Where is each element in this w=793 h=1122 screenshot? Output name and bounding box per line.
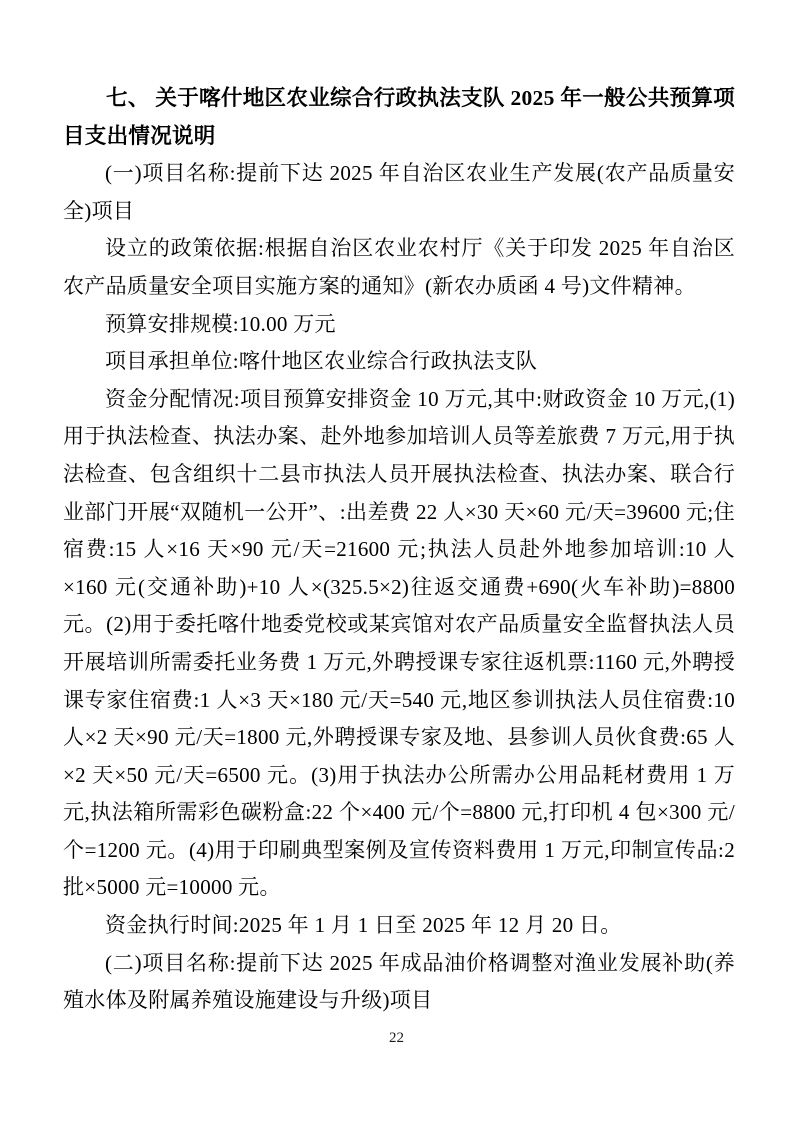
paragraph-policy-basis: 设立的政策依据:根据自治区农业农村厅《关于印发 2025 年自治区农产品质量安全… xyxy=(63,230,735,305)
page-number: 22 xyxy=(0,1028,793,1048)
paragraph-fund-execution-time: 资金执行时间:2025 年 1 月 1 日至 2025 年 12 月 20 日。 xyxy=(63,907,735,945)
paragraph-fund-allocation: 资金分配情况:项目预算安排资金 10 万元,其中:财政资金 10 万元,(1)用… xyxy=(63,381,735,907)
section-heading: 七、 关于喀什地区农业综合行政执法支队 2025 年一般公共预算项目支出情况说明 xyxy=(63,80,735,155)
paragraph-project-2-name: (二)项目名称:提前下达 2025 年成品油价格调整对渔业发展补助(养殖水体及附… xyxy=(63,945,735,1020)
paragraph-undertaking-unit: 项目承担单位:喀什地区农业综合行政执法支队 xyxy=(63,343,735,381)
document-page: 七、 关于喀什地区农业综合行政执法支队 2025 年一般公共预算项目支出情况说明… xyxy=(0,0,793,1122)
paragraph-budget-scale: 预算安排规模:10.00 万元 xyxy=(63,306,735,344)
document-body: 七、 关于喀什地区农业综合行政执法支队 2025 年一般公共预算项目支出情况说明… xyxy=(63,80,735,1020)
paragraph-project-1-name: (一)项目名称:提前下达 2025 年自治区农业生产发展(农产品质量安全)项目 xyxy=(63,155,735,230)
